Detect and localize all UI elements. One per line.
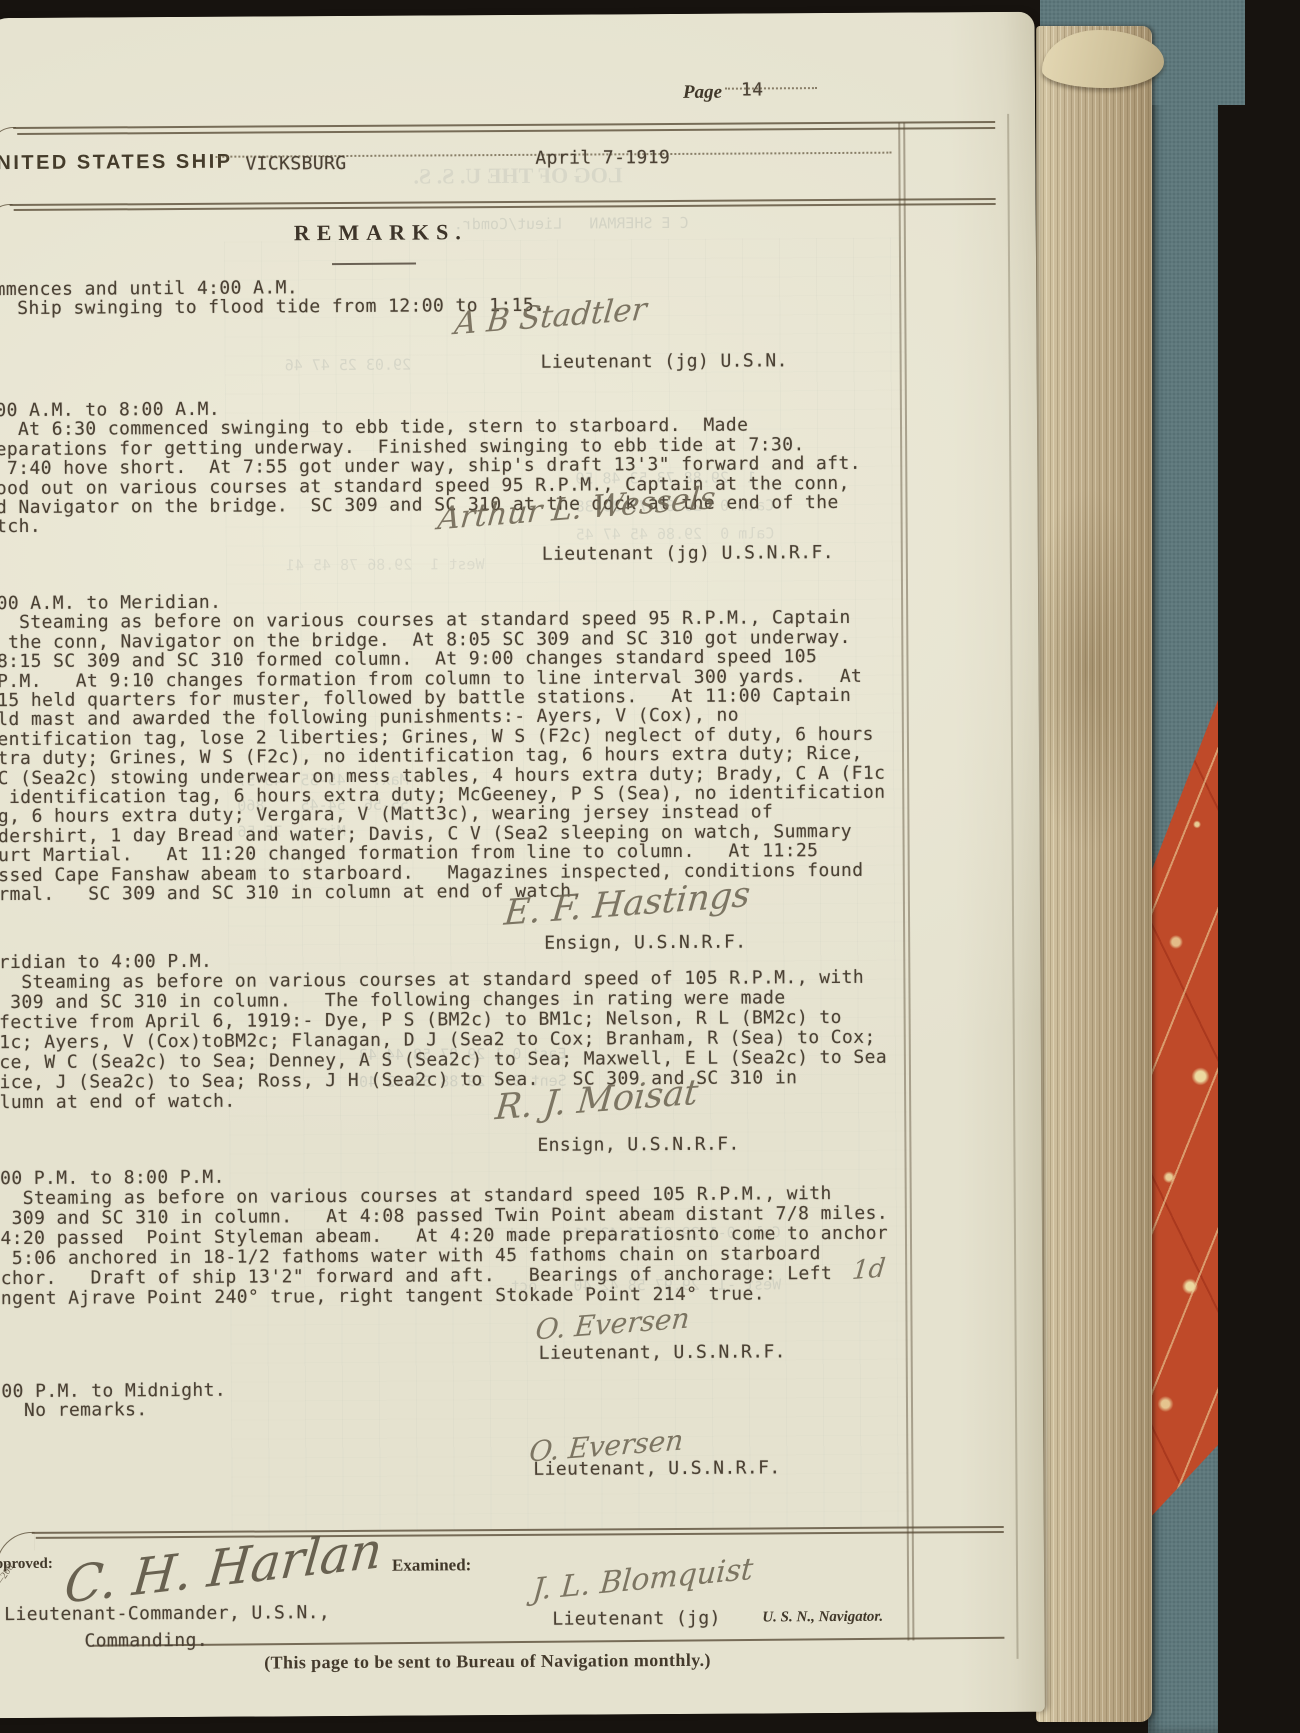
logbook-page: LOG OF THE U. S. S. C E SHERMAN Lieut/Co… <box>0 12 1045 1718</box>
signature-commanding-officer: C. H. Harlan <box>62 1521 385 1615</box>
log-date: April 7-1919 <box>535 147 670 169</box>
commanding-officer-title: Commanding. <box>84 1630 208 1652</box>
signature-title: Ensign, U.S.N.R.F. <box>537 1134 739 1156</box>
navigator-rank-printed: U. S. N., Navigator. <box>762 1609 883 1627</box>
bureau-note: (This page to be sent to Bureau of Navig… <box>48 1648 928 1674</box>
watch-section-4pm-to-8pm: 4:00 P.M. to 8:00 P.M. Steaming as befor… <box>0 1163 943 1309</box>
form-rule-bottom <box>92 1637 1004 1646</box>
form-outer-border <box>1007 114 1018 1659</box>
watch-section-meridian-to-4pm: Meridian to 4:00 P.M. Steaming as before… <box>0 947 942 1113</box>
signature-title: Lieutenant, U.S.N.R.F. <box>533 1457 780 1480</box>
bleedthrough-text: 29.03 25 47 46 <box>285 356 412 375</box>
form-corner-curve <box>0 204 13 243</box>
book-page-fore-edge <box>1036 26 1152 1722</box>
book-cover-cloth <box>1148 0 1218 1733</box>
signature-title: Lieutenant (jg) U.S.N.R.F. <box>542 542 834 565</box>
commanding-officer-rank: Lieutenant-Commander, U.S.N., <box>4 1602 330 1625</box>
book-cover-marble-paper <box>1148 690 1218 1530</box>
examined-label: Examined: <box>392 1555 471 1575</box>
bleedthrough-text: C E SHERMAN Lieut/Comdr. <box>454 214 689 233</box>
navigator-rank-typed: Lieutenant (jg) <box>552 1608 721 1630</box>
watch-section-8am-to-meridian: 8:00 A.M. to Meridian. Steaming as befor… <box>0 588 941 904</box>
bleedthrough-text: West 1 29.86 78 45 41 <box>286 555 485 574</box>
page-number-leader-line <box>725 87 817 90</box>
ship-label: UNITED STATES SHIP <box>0 151 233 176</box>
photo-backdrop: { "header": { "page_label": "Page", "pag… <box>0 0 1300 1733</box>
ship-name: VICKSBURG <box>245 153 346 175</box>
page-number: 14 <box>741 79 764 100</box>
page-label: Page <box>683 82 722 104</box>
signature-title: Lieutenant, U.S.N.R.F. <box>539 1341 786 1364</box>
watch-section-8pm-to-midnight: 8:00 P.M. to Midnight. No remarks. <box>0 1376 944 1421</box>
form-rule-top-inner <box>17 127 995 134</box>
signature-navigator: J. L. Blomquist <box>531 1552 754 1608</box>
handwritten-inline-note: 1d <box>851 1253 887 1286</box>
signature-title: Lieutenant (jg) U.S.N. <box>541 350 788 373</box>
remarks-title: REMARKS. <box>294 219 468 246</box>
